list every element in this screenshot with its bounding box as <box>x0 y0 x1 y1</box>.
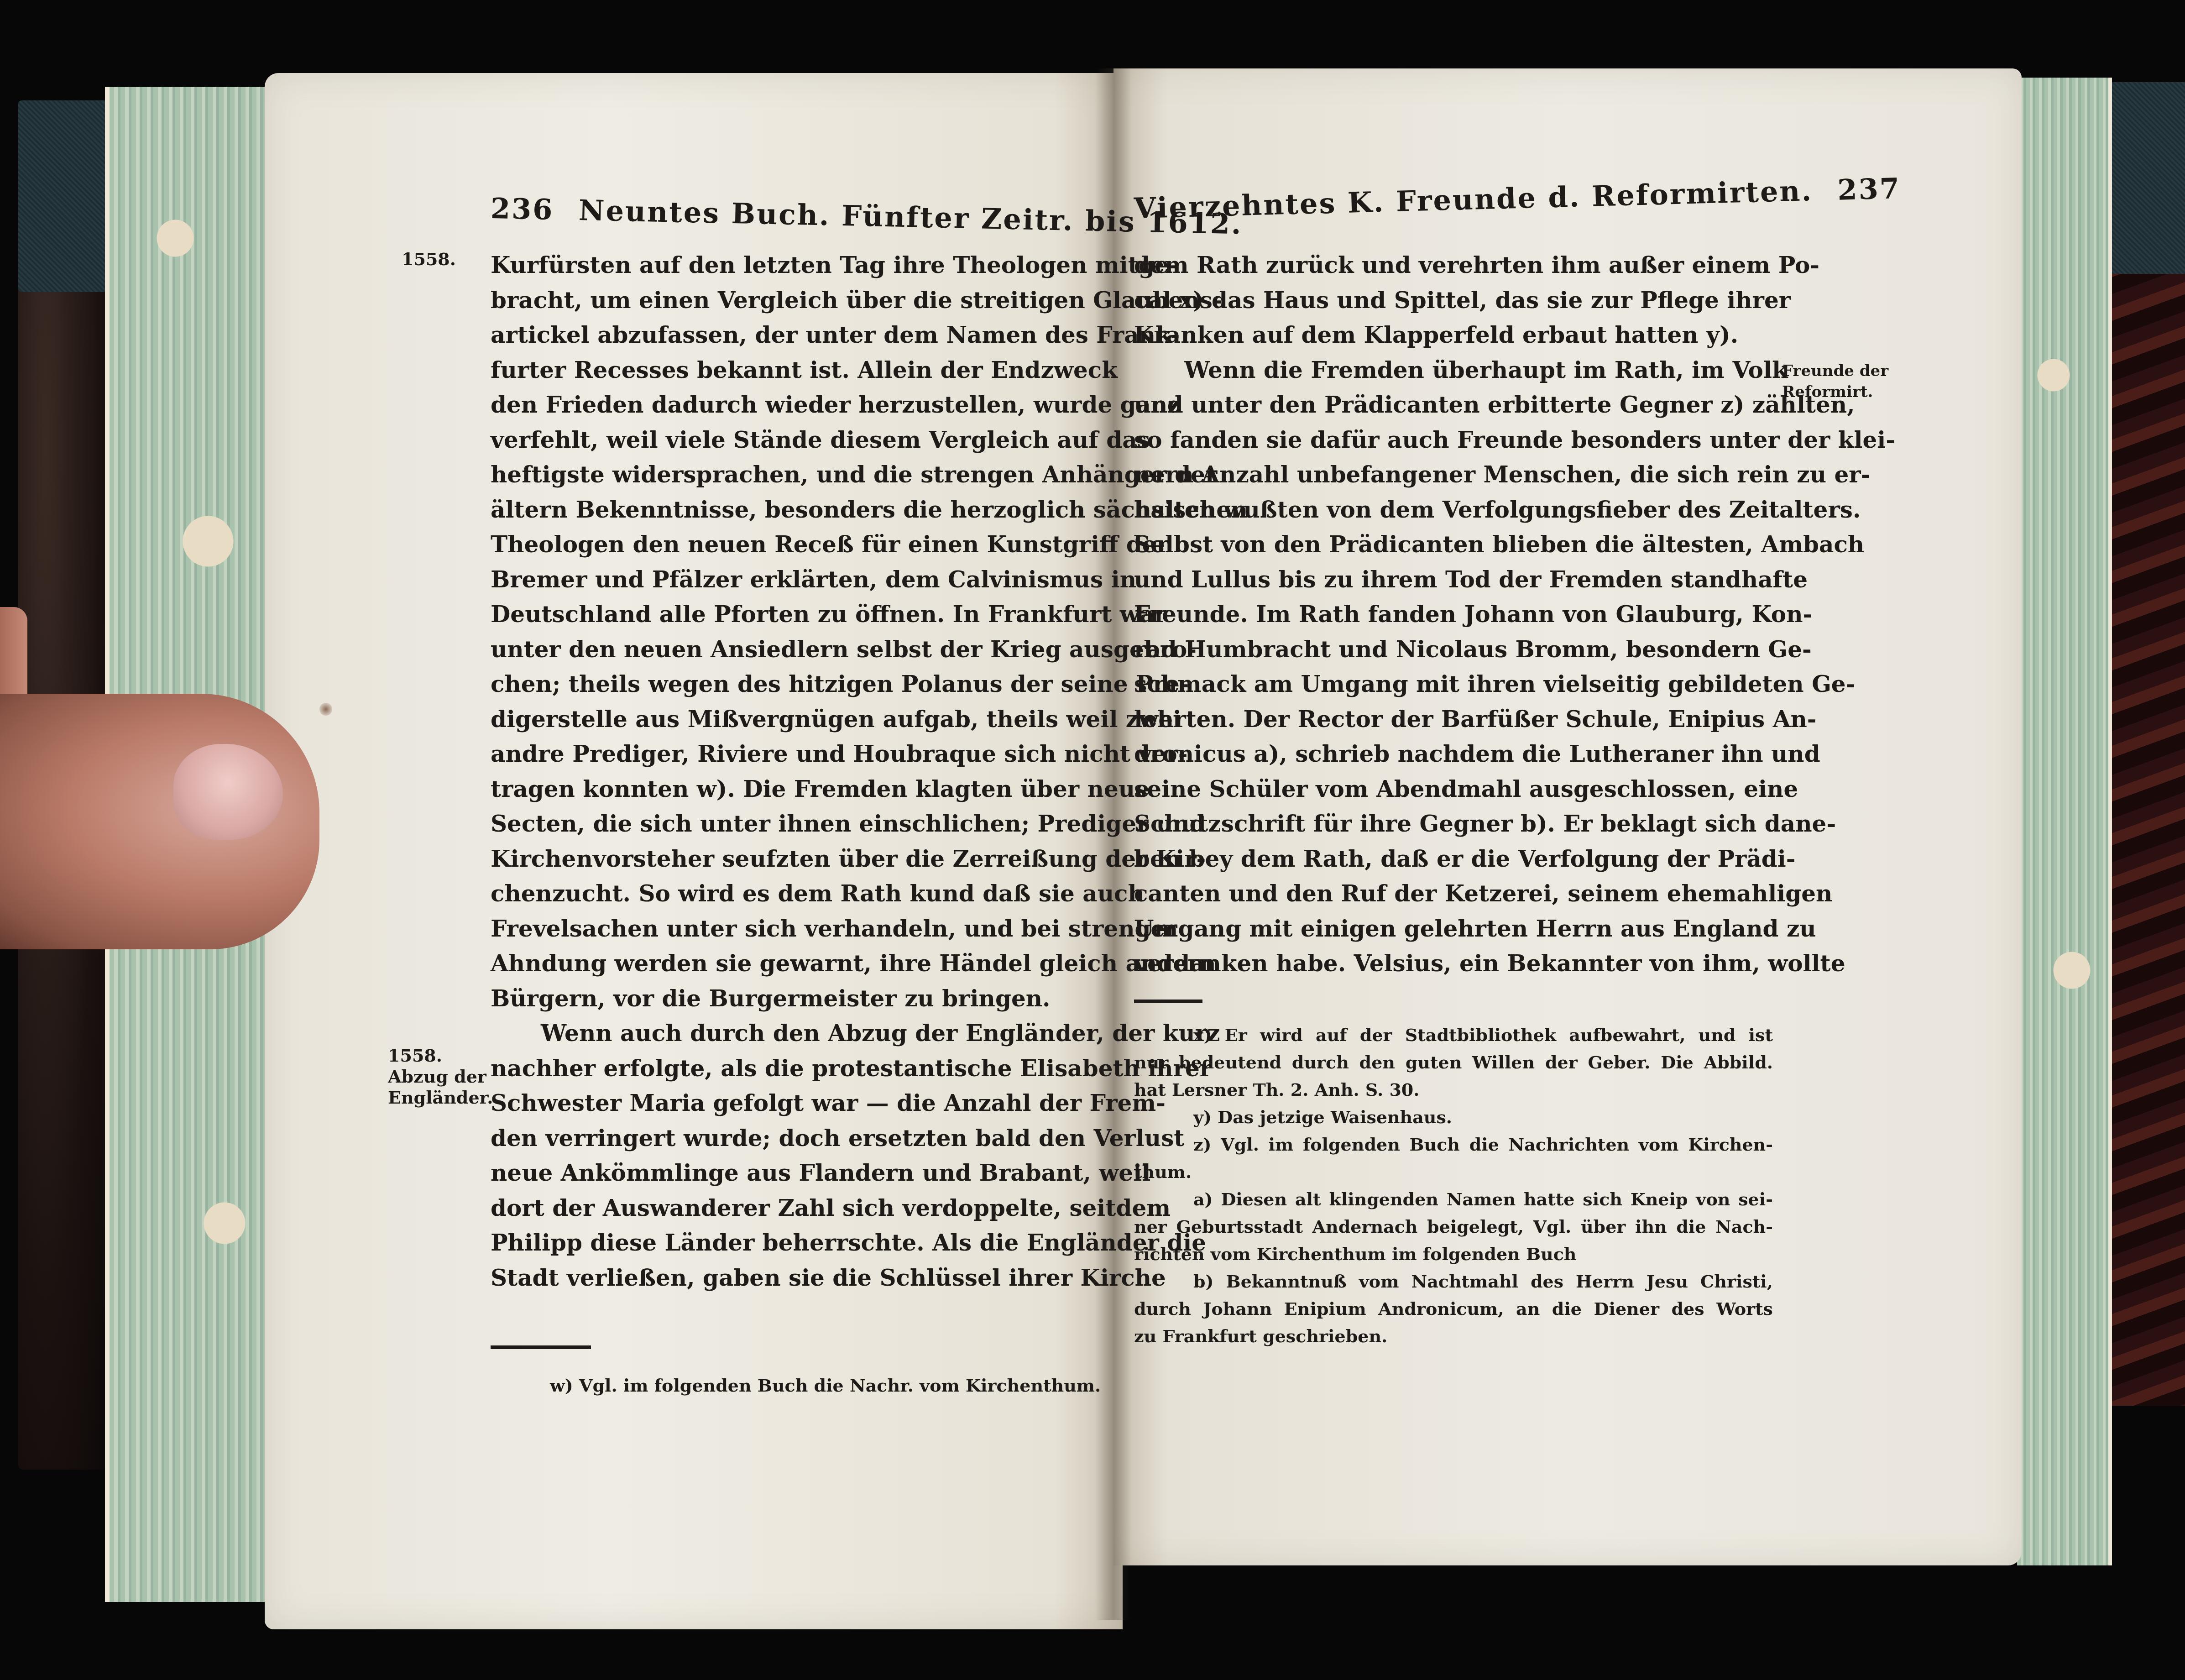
right-page-edges <box>2017 78 2112 1565</box>
text-line: dronicus a), schrieb nachdem die Luthera… <box>1134 737 1773 772</box>
left-page-text: 236 Neuntes Buch. Fünfter Zeitr. bis 161… <box>491 192 1093 1399</box>
text-line: verfehlt, weil viele Stände diesem Vergl… <box>491 423 1093 458</box>
text-line: Philipp diese Länder beherrschte. Als di… <box>491 1225 1093 1261</box>
text-line: Umgang mit einigen gelehrten Herrn aus E… <box>1134 911 1773 947</box>
book-photo: 1558. 1558. Abzug der Engländer. Freunde… <box>0 0 2185 1680</box>
text-line: neue Ankömmlinge aus Flandern und Braban… <box>491 1156 1093 1191</box>
text-line: und unter den Prädicanten erbitterte Geg… <box>1134 387 1773 423</box>
text-line: Kranken auf dem Klapperfeld erbaut hatte… <box>1134 318 1773 353</box>
footnote-rule <box>491 1345 591 1349</box>
footnote-line: x) Er wird auf der Stadtbibliothek aufbe… <box>1134 1021 1773 1049</box>
text-line: ältern Bekenntnisse, besonders die herzo… <box>491 492 1093 528</box>
left-footnotes: w) Vgl. im folgenden Buch die Nachr. vom… <box>491 1372 1093 1399</box>
text-line: chen; theils wegen des hitzigen Polanus … <box>491 667 1093 702</box>
text-line: artickel abzufassen, der unter dem Namen… <box>491 318 1093 353</box>
text-line: schmack am Umgang mit ihren vielseitig g… <box>1134 667 1773 702</box>
text-line: dem Rath zurück und verehrten ihm außer … <box>1134 248 1773 283</box>
text-line: Theologen den neuen Receß für einen Kuns… <box>491 527 1093 562</box>
text-line: Kurfürsten auf den letzten Tag ihre Theo… <box>491 248 1093 283</box>
text-line: canten und den Ruf der Ketzerei, seinem … <box>1134 876 1773 911</box>
text-line: tragen konnten w). Die Fremden klagten ü… <box>491 772 1093 807</box>
foxing-spot <box>319 703 332 716</box>
text-line: cal x) das Haus und Spittel, das sie zur… <box>1134 283 1773 318</box>
text-line: nachher erfolgte, als die protestantisch… <box>491 1051 1093 1086</box>
text-line: lehrten. Der Rector der Barfüßer Schule,… <box>1134 702 1773 737</box>
text-line: furter Recesses bekannt ist. Allein der … <box>491 353 1093 388</box>
footnote-line: ner Geburtsstadt Andernach beigelegt, Vg… <box>1134 1213 1773 1240</box>
text-line: heftigste widersprachen, und die strenge… <box>491 457 1093 492</box>
footnote-line: b) Bekanntnuß vom Nachtmahl des Herrn Je… <box>1134 1268 1773 1295</box>
footnote-line: a) Diesen alt klingenden Namen hatte sic… <box>1134 1186 1773 1213</box>
text-line: den verringert wurde; doch ersetzten bal… <box>491 1121 1093 1156</box>
text-line: so fanden sie dafür auch Freunde besonde… <box>1134 423 1773 458</box>
footnote-line: zu Frankfurt geschrieben. <box>1134 1323 1773 1350</box>
text-line: digerstelle aus Mißvergnügen aufgab, the… <box>491 702 1093 737</box>
footnote-line: richten vom Kirchenthum im folgenden Buc… <box>1134 1240 1773 1268</box>
text-line: nern Anzahl unbefangener Menschen, die s… <box>1134 457 1773 492</box>
text-line: Secten, die sich unter ihnen einschliche… <box>491 806 1093 842</box>
text-line: Schwester Maria gefolgt war — die Anzahl… <box>491 1086 1093 1121</box>
text-line: Ahndung werden sie gewarnt, ihre Händel … <box>491 946 1093 981</box>
thumb <box>0 694 319 949</box>
left-running-head: 236 Neuntes Buch. Fünfter Zeitr. bis 161… <box>490 192 1093 238</box>
page-number: 237 <box>1837 172 1901 207</box>
text-line: Schutzschrift für ihre Gegner b). Er bek… <box>1134 806 1773 842</box>
text-line: Deutschland alle Pforten zu öffnen. In F… <box>491 597 1093 632</box>
left-body: Kurfürsten auf den letzten Tag ihre Theo… <box>491 248 1093 1295</box>
text-line: Wenn auch durch den Abzug der Engländer,… <box>491 1016 1093 1051</box>
footnote-line: thum. <box>1134 1158 1773 1186</box>
text-line: Selbst von den Prädicanten blieben die ä… <box>1134 527 1773 562</box>
page-number: 236 <box>490 192 554 226</box>
footnote-line: nur bedeutend durch den guten Willen der… <box>1134 1049 1773 1076</box>
text-line: verdanken habe. Velsius, ein Bekannter v… <box>1134 946 1773 981</box>
text-line: Freunde. Im Rath fanden Johann von Glaub… <box>1134 597 1773 632</box>
margin-note-year: 1558. <box>402 249 456 270</box>
text-line: und Lullus bis zu ihrem Tod der Fremden … <box>1134 562 1773 597</box>
cloth-corner <box>18 100 110 292</box>
text-line: Wenn die Fremden überhaupt im Rath, im V… <box>1134 353 1773 388</box>
text-line: den Frieden dadurch wieder herzustellen,… <box>491 387 1093 423</box>
text-line: bracht, um einen Vergleich über die stre… <box>491 283 1093 318</box>
text-line: Frevelsachen unter sich verhandeln, und … <box>491 911 1093 947</box>
text-line: Bremer und Pfälzer erklärten, dem Calvin… <box>491 562 1093 597</box>
footnote-line: y) Das jetzige Waisenhaus. <box>1134 1104 1773 1131</box>
text-line: chenzucht. So wird es dem Rath kund daß … <box>491 876 1093 911</box>
text-line: Stadt verließen, gaben sie die Schlüssel… <box>491 1261 1093 1296</box>
margin-note-abzug: 1558. Abzug der Engländer. <box>388 1045 493 1108</box>
footnote-line: w) Vgl. im folgenden Buch die Nachr. vom… <box>491 1372 1093 1399</box>
text-line: Bürgern, vor die Burgermeister zu bringe… <box>491 981 1093 1016</box>
text-line: andre Prediger, Riviere und Houbraque si… <box>491 737 1093 772</box>
text-line: Kirchenvorsteher seufzten über die Zerre… <box>491 842 1093 877</box>
footnote-line: durch Johann Enipium Andronicum, an die … <box>1134 1295 1773 1323</box>
text-line: halten wußten von dem Verfolgungsfieber … <box>1134 492 1773 528</box>
footnote-line: hat Lersner Th. 2. Anh. S. 30. <box>1134 1076 1773 1104</box>
text-line: rad Humbracht und Nicolaus Bromm, besond… <box>1134 632 1773 667</box>
text-line: seine Schüler vom Abendmahl ausgeschloss… <box>1134 772 1773 807</box>
text-line: ben bey dem Rath, daß er die Verfolgung … <box>1134 842 1773 877</box>
text-line: unter den neuen Ansiedlern selbst der Kr… <box>491 632 1093 667</box>
text-line: dort der Auswanderer Zahl sich verdoppel… <box>491 1191 1093 1226</box>
footnote-rule <box>1134 1000 1202 1003</box>
thumbnail <box>173 744 283 840</box>
right-body: dem Rath zurück und verehrten ihm außer … <box>1134 248 1773 981</box>
right-footnotes: x) Er wird auf der Stadtbibliothek aufbe… <box>1134 1021 1773 1350</box>
footnote-line: z) Vgl. im folgenden Buch die Nachrichte… <box>1134 1131 1773 1158</box>
right-page-text: Vierzehntes K. Freunde d. Reformirten. 2… <box>1134 192 1773 1350</box>
